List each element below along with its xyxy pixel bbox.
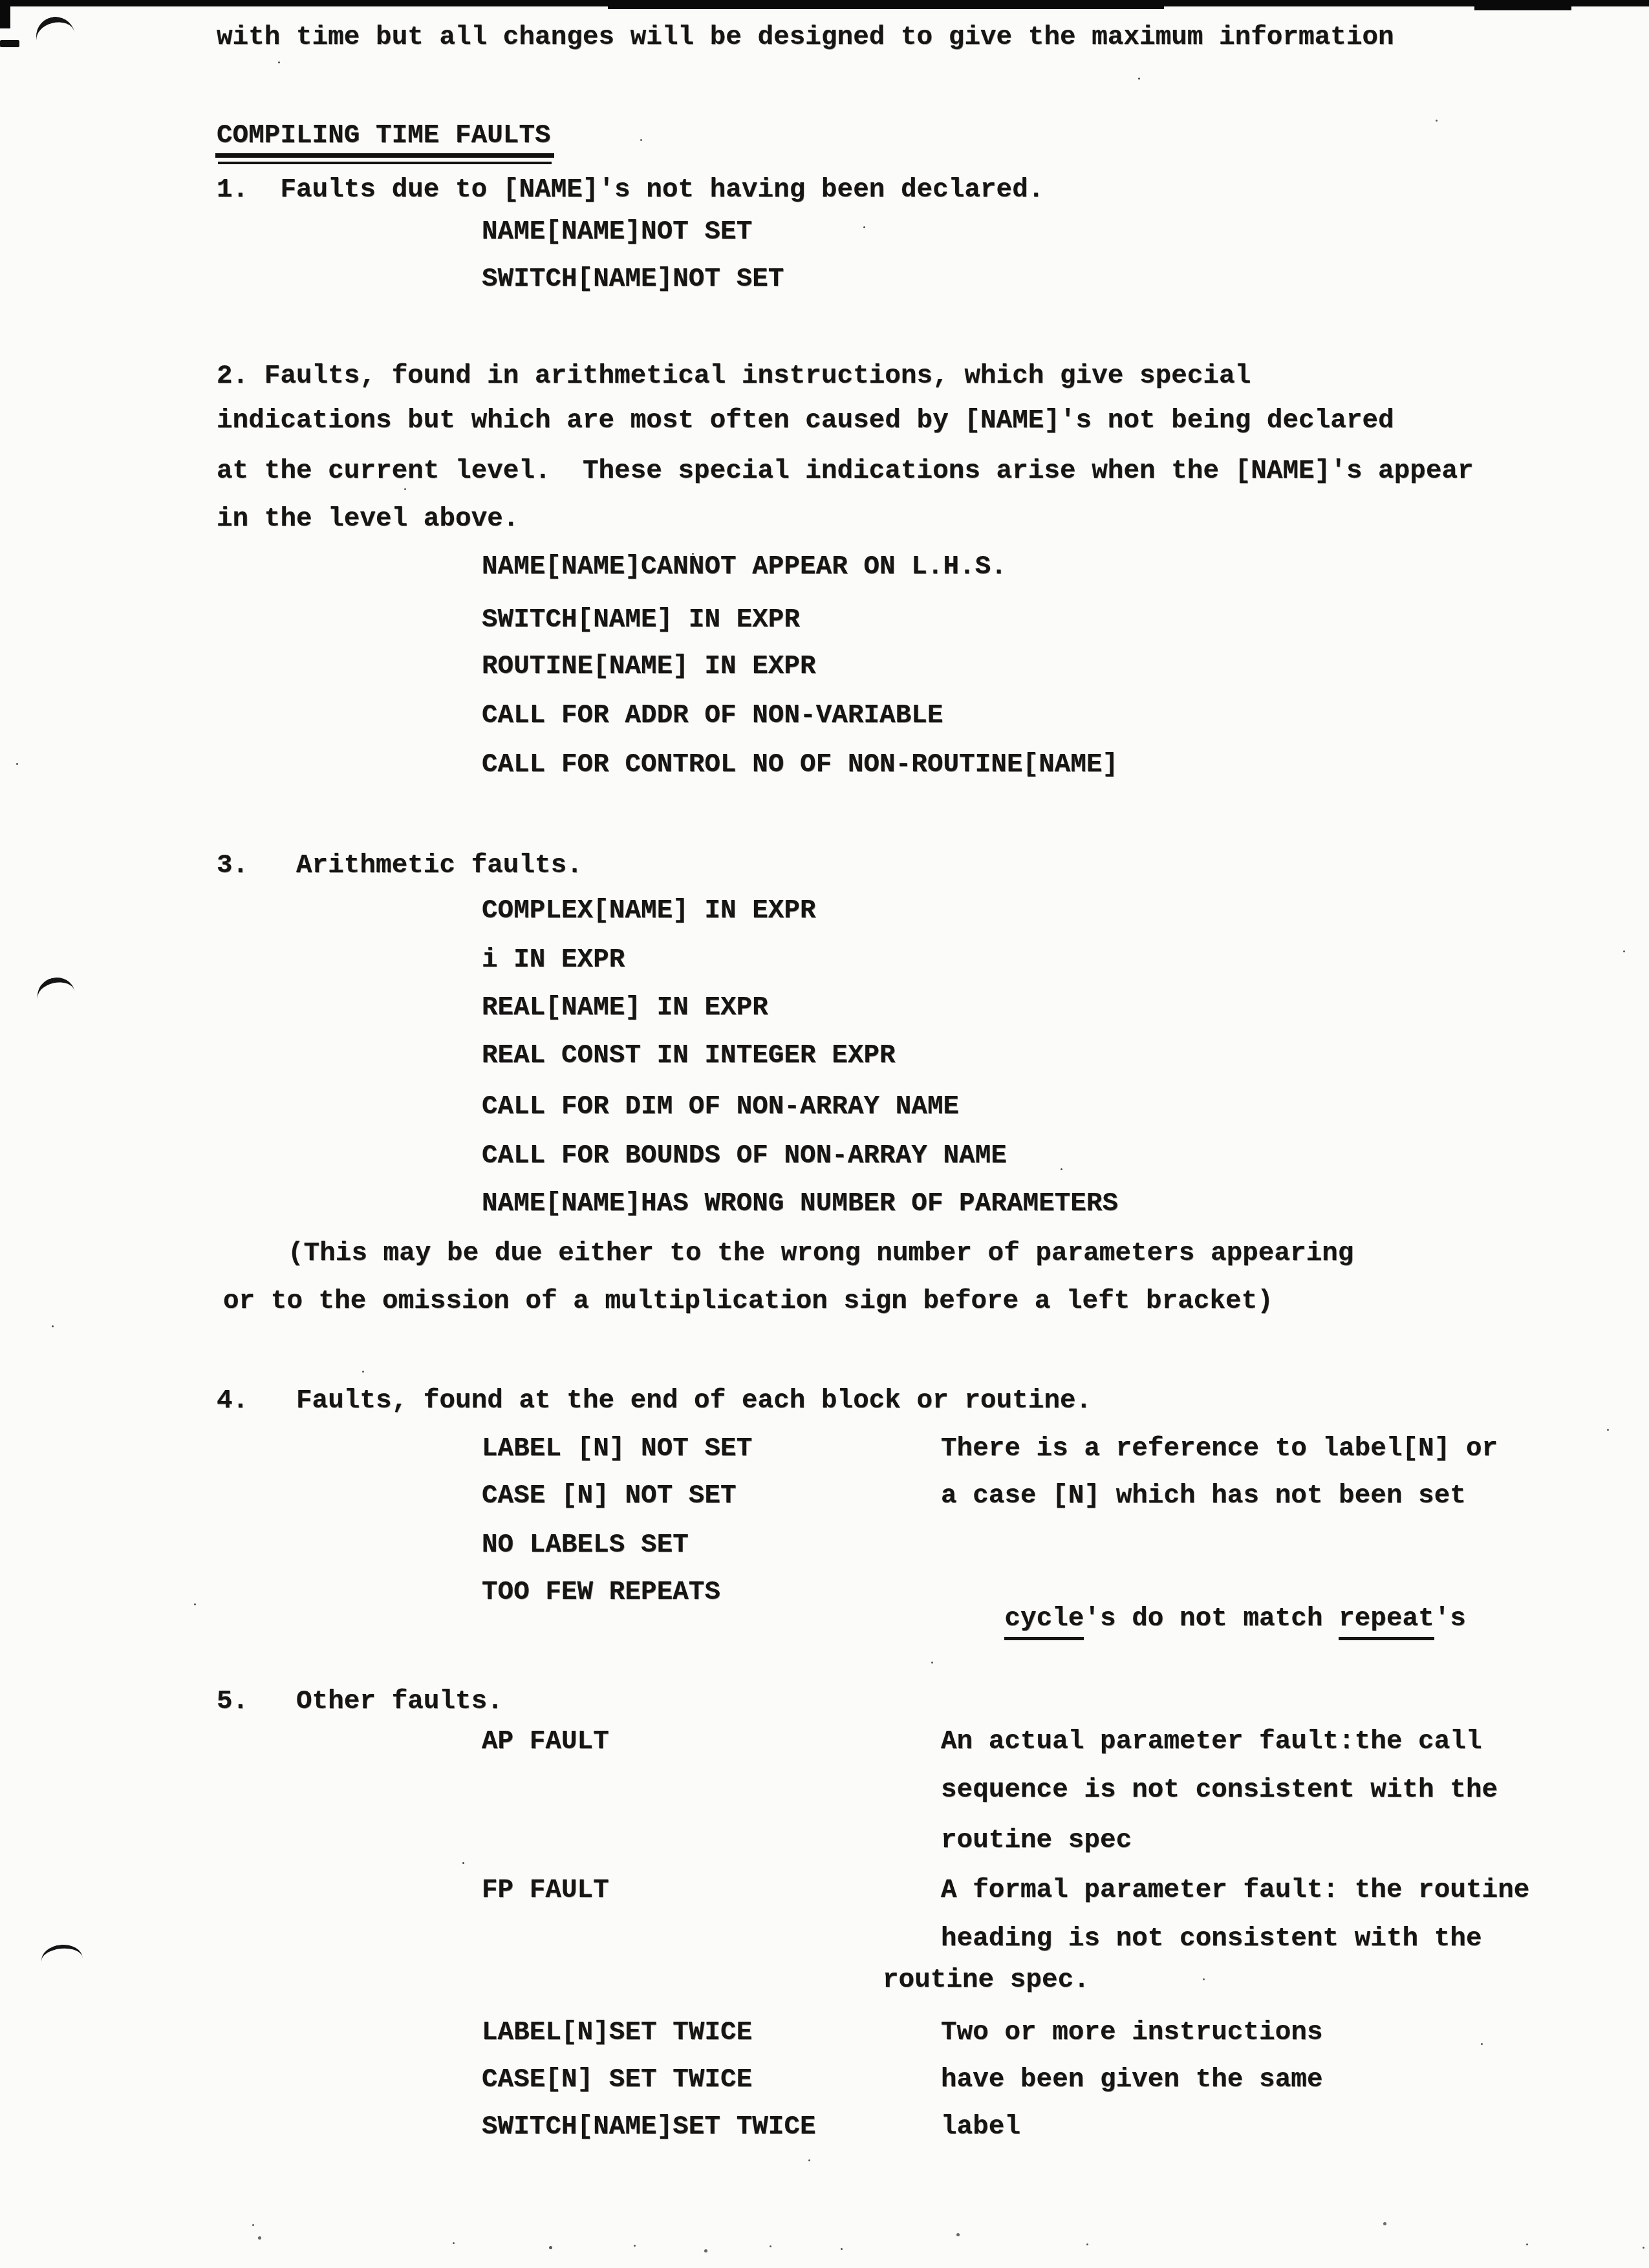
fault-description: A formal parameter fault: the routine: [941, 1878, 1529, 1904]
underlined-word-repeat: repeat: [1339, 1604, 1434, 1640]
fault-message: REAL[NAME] IN EXPR: [482, 995, 768, 1022]
fault-description: Two or more instructions: [941, 2020, 1323, 2046]
fault-message: CASE[N] SET TWICE: [482, 2067, 752, 2093]
photocopy-speckles: [278, 61, 280, 63]
fault-message: CALL FOR ADDR OF NON-VARIABLE: [482, 703, 943, 729]
page-heading: COMPILING TIME FAULTS: [217, 123, 551, 149]
fault-message: SWITCH[NAME]SET TWICE: [482, 2114, 816, 2141]
fault-message: FP FAULT: [482, 1878, 609, 1904]
section-3-note-line: or to the omission of a multiplication s…: [223, 1289, 1273, 1315]
underlined-word-cycle: cycle: [1004, 1604, 1084, 1640]
fault-description: There is a reference to label[N] or: [941, 1436, 1498, 1462]
scan-edge-top-bar-blob: [1474, 5, 1571, 10]
section-1-heading: 1. Faults due to [NAME]'s not having bee…: [217, 177, 1044, 204]
scan-edge-corner-blob: [0, 0, 10, 28]
description-text: 's: [1434, 1604, 1466, 1634]
section-2-paragraph-line: indications but which are most often cau…: [217, 408, 1394, 434]
heading-underline-1: [215, 153, 554, 158]
fault-message: CASE [N] NOT SET: [482, 1483, 737, 1510]
fault-description: routine spec: [941, 1828, 1132, 1854]
fault-message: SWITCH[NAME] IN EXPR: [482, 607, 800, 634]
fault-description: heading is not consistent with the: [941, 1926, 1482, 1952]
fault-message: LABEL[N]SET TWICE: [482, 2020, 752, 2046]
fault-description: cycle's do not match repeat's: [941, 1579, 1466, 1659]
fault-message: NAME[NAME]HAS WRONG NUMBER OF PARAMETERS: [482, 1191, 1118, 1217]
heading-underline-2: [218, 162, 552, 164]
fault-description: have been given the same: [941, 2067, 1323, 2093]
pen-arc-mark-top: [32, 13, 80, 61]
section-3-heading: 3. Arithmetic faults.: [217, 853, 583, 879]
intro-line: with time but all changes will be design…: [217, 25, 1394, 51]
fault-description: routine spec.: [883, 1967, 1090, 1994]
pen-dash-mark: [0, 40, 19, 47]
fault-message: NO LABELS SET: [482, 1532, 689, 1559]
scanned-document-page: with time but all changes will be design…: [0, 0, 1649, 2268]
fault-message: TOO FEW REPEATS: [482, 1579, 720, 1606]
fault-message: CALL FOR CONTROL NO OF NON-ROUTINE[NAME]: [482, 752, 1118, 778]
fault-description: label: [941, 2114, 1020, 2141]
fault-message: AP FAULT: [482, 1729, 609, 1755]
section-4-heading: 4. Faults, found at the end of each bloc…: [217, 1388, 1092, 1415]
pen-arc-mark-middle: [34, 974, 78, 1016]
scan-edge-top-bar-thick: [608, 5, 1164, 9]
fault-message: ROUTINE[NAME] IN EXPR: [482, 654, 816, 680]
fault-description: sequence is not consistent with the: [941, 1777, 1498, 1804]
section-2-paragraph-line: at the current level. These special indi…: [217, 458, 1474, 485]
fault-message: NAME[NAME]NOT SET: [482, 219, 752, 246]
fault-message: SWITCH[NAME]NOT SET: [482, 266, 784, 293]
fault-message: NAME[NAME]CANNOT APPEAR ON L.H.S.: [482, 554, 1007, 581]
section-2-paragraph-line: in the level above.: [217, 506, 519, 533]
section-2-paragraph-line: 2. Faults, found in arithmetical instruc…: [217, 363, 1251, 390]
fault-message: i IN EXPR: [482, 947, 625, 974]
section-5-heading: 5. Other faults.: [217, 1689, 503, 1715]
fault-message: LABEL [N] NOT SET: [482, 1436, 752, 1462]
fault-message: COMPLEX[NAME] IN EXPR: [482, 898, 816, 925]
description-text: 's do not match: [1084, 1604, 1339, 1634]
fault-message: CALL FOR DIM OF NON-ARRAY NAME: [482, 1094, 959, 1120]
fault-message: REAL CONST IN INTEGER EXPR: [482, 1043, 896, 1069]
pen-arc-mark-bottom: [40, 1943, 84, 1976]
fault-description: a case [N] which has not been set: [941, 1483, 1466, 1510]
fault-description: An actual parameter fault:the call: [941, 1729, 1482, 1755]
fault-message: CALL FOR BOUNDS OF NON-ARRAY NAME: [482, 1143, 1007, 1170]
section-3-note-line: (This may be due either to the wrong num…: [288, 1241, 1353, 1267]
